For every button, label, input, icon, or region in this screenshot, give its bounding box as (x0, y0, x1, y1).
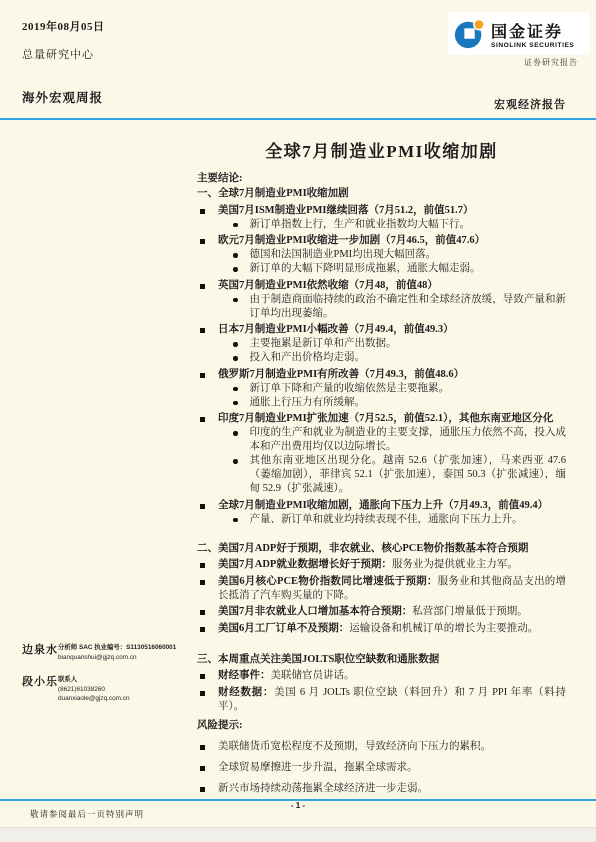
sub-bullet-text: 投入和产出价格均走弱。 (250, 351, 366, 365)
report-series-title: 海外宏观周报 (22, 88, 103, 106)
report-date: 2019年08月05日 (22, 18, 105, 34)
sub-bullet-text: 主要拖累是新订单和产出数据。 (250, 337, 397, 351)
sub-bullet-text: 新订单的大幅下降明显形成拖累，通胀大幅走弱。 (250, 262, 481, 276)
sub-bullet-item: 主要拖累是新订单和产出数据。 (197, 337, 566, 351)
sub-bullet-text: 德国和法国制造业PMI均出现大幅回落。 (250, 248, 437, 262)
square-bullet-icon (200, 691, 205, 696)
circle-bullet-icon (233, 401, 238, 406)
brand-tagline: 证券研究报告 (524, 57, 578, 68)
analyst-name: 段小乐 (22, 673, 58, 704)
circle-bullet-icon (233, 342, 238, 347)
sub-bullet-text: 新订单下降和产量的收缩依然是主要拖累。 (250, 382, 450, 396)
bullet-headline: 欧元7月制造业PMI收缩进一步加剧（7月46.5，前值47.6） (218, 234, 485, 248)
summary-label: 主要结论: (197, 171, 566, 186)
bullet-item: 美国7月ISM制造业PMI继续回落（7月51.2，前值51.7） (197, 204, 566, 218)
section-2-heading: 二、美国7月ADP好于预期，非农就业、核心PCE物价指数基本符合预期 (197, 541, 566, 556)
square-bullet-icon (200, 239, 205, 244)
bullet-item: 美国7月非农就业人口增加基本符合预期：私营部门增量低于预期。 (197, 605, 566, 619)
sub-bullet-text: 新订单指数上行，生产和就业指数均大幅下行。 (250, 218, 471, 232)
square-bullet-icon (200, 627, 205, 632)
bullet-headline: 俄罗斯7月制造业PMI有所改善（7月49.3，前值48.6） (218, 368, 464, 382)
bullet-item: 英国7月制造业PMI依然收缩（7月48，前值48） (197, 279, 566, 293)
square-bullet-icon (200, 610, 205, 615)
circle-bullet-icon (233, 356, 238, 361)
analyst-entry: 边泉水 分析师 SAC 执业编号：S1130516060001 bianquan… (22, 641, 194, 662)
circle-bullet-icon (233, 518, 238, 523)
circle-bullet-icon (233, 459, 238, 464)
section-1-heading: 一、全球7月制造业PMI收缩加剧 (197, 186, 566, 201)
risk-text: 全球贸易摩擦进一步升温，拖累全球需求。 (218, 761, 418, 775)
analyst-sidebar: 边泉水 分析师 SAC 执业编号：S1130516060001 bianquan… (22, 641, 194, 715)
bullet-item: 财经事件：美联储官员讲话。 (197, 669, 566, 683)
bullet-item: 财经数据：美国 6 月 JOLTs 职位空缺（料回升）和 7 月 PPI 年率（… (197, 686, 566, 714)
circle-bullet-icon (233, 223, 238, 228)
square-bullet-icon (200, 563, 205, 568)
bullet-item: 日本7月制造业PMI小幅改善（7月49.4，前值49.3） (197, 323, 566, 337)
risk-item: 美联储货币宽松程度不及预期，导致经济向下压力的累积。 (197, 740, 566, 754)
report-page: 2019年08月05日 总量研究中心 海外宏观周报 国金证券 SINOLINK … (0, 0, 596, 842)
bullet-text: 美国6月工厂订单不及预期：运输设备和机械订单的增长为主要推动。 (218, 622, 538, 636)
circle-bullet-icon (233, 253, 238, 258)
analyst-email: bianquanshui@gjzq.com.cn (58, 653, 176, 663)
sub-bullet-text: 其他东南亚地区出现分化。越南 52.6（扩张加速），马来西亚 47.6（萎缩加剧… (250, 454, 567, 496)
square-bullet-icon (200, 766, 205, 771)
bullet-headline: 印度7月制造业PMI扩张加速（7月52.5，前值52.1），其他东南亚地区分化 (218, 412, 553, 426)
circle-bullet-icon (233, 387, 238, 392)
square-bullet-icon (200, 787, 205, 792)
sub-bullet-item: 产量、新订单和就业均持续表现不佳，通胀向下压力上升。 (197, 513, 566, 527)
circle-bullet-icon (233, 431, 238, 436)
bullet-item: 欧元7月制造业PMI收缩进一步加剧（7月46.5，前值47.6） (197, 234, 566, 248)
brand-logo: 国金证券 SINOLINK SECURITIES (448, 12, 590, 55)
viewer-bottom-strip (0, 827, 596, 842)
analyst-entry: 段小乐 联系人 (8621)61038260 duanxiaole@gjzq.c… (22, 673, 194, 704)
brand-name-en: SINOLINK SECURITIES (491, 42, 574, 49)
square-bullet-icon (200, 373, 205, 378)
bullet-item: 俄罗斯7月制造业PMI有所改善（7月49.3，前值48.6） (197, 368, 566, 382)
bullet-headline: 全球7月制造业PMI收缩加剧，通胀向下压力上升（7月49.3，前值49.4） (218, 499, 548, 513)
square-bullet-icon (200, 328, 205, 333)
sub-bullet-text: 产量、新订单和就业均持续表现不佳，通胀向下压力上升。 (250, 513, 523, 527)
sinolink-logo-icon (453, 17, 487, 51)
bullet-item: 印度7月制造业PMI扩张加速（7月52.5，前值52.1），其他东南亚地区分化 (197, 412, 566, 426)
risk-text: 美联储货币宽松程度不及预期，导致经济向下压力的累积。 (218, 740, 491, 754)
report-category: 宏观经济报告 (494, 96, 566, 112)
sub-bullet-item: 德国和法国制造业PMI均出现大幅回落。 (197, 248, 566, 262)
sub-bullet-item: 通胀上行压力有所缓解。 (197, 396, 566, 410)
square-bullet-icon (200, 284, 205, 289)
sub-bullet-text: 印度的生产和就业为制造业的主要支撑，通胀压力依然不高，投入成本和产出费用均仅以边… (250, 426, 567, 454)
circle-bullet-icon (233, 267, 238, 272)
risk-section-heading: 风险提示: (197, 718, 566, 733)
bullet-text: 美国7月ADP就业数据增长好于预期：服务业为提供就业主力军。 (218, 558, 518, 572)
bullet-item: 美国6月核心PCE物价指数同比增速低于预期：服务业和其他商品支出的增长抵消了汽车… (197, 575, 566, 603)
sub-bullet-item: 印度的生产和就业为制造业的主要支撑，通胀压力依然不高，投入成本和产出费用均仅以边… (197, 426, 566, 454)
bullet-item: 全球7月制造业PMI收缩加剧，通胀向下压力上升（7月49.3，前值49.4） (197, 499, 566, 513)
bullet-item: 美国7月ADP就业数据增长好于预期：服务业为提供就业主力军。 (197, 558, 566, 572)
sub-bullet-item: 新订单下降和产量的收缩依然是主要拖累。 (197, 382, 566, 396)
bullet-text: 财经数据：美国 6 月 JOLTs 职位空缺（料回升）和 7 月 PPI 年率（… (218, 686, 566, 714)
square-bullet-icon (200, 417, 205, 422)
bullet-headline: 美国7月ISM制造业PMI继续回落（7月51.2，前值51.7） (218, 204, 474, 218)
square-bullet-icon (200, 745, 205, 750)
footer-disclaimer: 敬请参阅最后一页特别声明 (30, 808, 144, 820)
sub-bullet-item: 新订单指数上行，生产和就业指数均大幅下行。 (197, 218, 566, 232)
sub-bullet-item: 由于制造商面临持续的政治不确定性和全球经济放缓，导致产量和新订单均出现萎缩。 (197, 293, 566, 321)
sub-bullet-item: 新订单的大幅下降明显形成拖累，通胀大幅走弱。 (197, 262, 566, 276)
circle-bullet-icon (233, 298, 238, 303)
bullet-text: 财经事件：美联储官员讲话。 (218, 669, 355, 683)
research-department: 总量研究中心 (22, 46, 94, 62)
sub-bullet-text: 通胀上行压力有所缓解。 (250, 396, 366, 410)
square-bullet-icon (200, 674, 205, 679)
section-3-heading: 三、本周重点关注美国JOLTS职位空缺数和通胀数据 (197, 652, 566, 667)
square-bullet-icon (200, 209, 205, 214)
sub-bullet-text: 由于制造商面临持续的政治不确定性和全球经济放缓，导致产量和新订单均出现萎缩。 (250, 293, 567, 321)
bullet-headline: 日本7月制造业PMI小幅改善（7月49.4，前值49.3） (218, 323, 454, 337)
square-bullet-icon (200, 580, 205, 585)
square-bullet-icon (200, 504, 205, 509)
analyst-phone: (8621)61038260 (58, 685, 130, 695)
brand-name-cn: 国金证券 (491, 19, 574, 42)
analyst-role: 联系人 (58, 675, 130, 685)
report-body: 全球7月制造业PMI收缩加剧 主要结论: 一、全球7月制造业PMI收缩加剧 美国… (197, 120, 566, 796)
page-title: 全球7月制造业PMI收缩加剧 (197, 120, 566, 171)
bullet-text: 美国7月非农就业人口增加基本符合预期：私营部门增量低于预期。 (218, 605, 528, 619)
risk-text: 新兴市场持续动荡拖累全球经济进一步走弱。 (218, 782, 428, 796)
bullet-text: 美国6月核心PCE物价指数同比增速低于预期：服务业和其他商品支出的增长抵消了汽车… (218, 575, 566, 603)
bullet-item: 美国6月工厂订单不及预期：运输设备和机械订单的增长为主要推动。 (197, 622, 566, 636)
analyst-name: 边泉水 (22, 641, 58, 662)
analyst-role: 分析师 SAC 执业编号：S1130516060001 (58, 643, 176, 653)
risk-item: 全球贸易摩擦进一步升温，拖累全球需求。 (197, 761, 566, 775)
risk-item: 新兴市场持续动荡拖累全球经济进一步走弱。 (197, 782, 566, 796)
sub-bullet-item: 其他东南亚地区出现分化。越南 52.6（扩张加速），马来西亚 47.6（萎缩加剧… (197, 454, 566, 496)
bullet-headline: 英国7月制造业PMI依然收缩（7月48，前值48） (218, 279, 438, 293)
analyst-email: duanxiaole@gjzq.com.cn (58, 694, 130, 704)
sub-bullet-item: 投入和产出价格均走弱。 (197, 351, 566, 365)
